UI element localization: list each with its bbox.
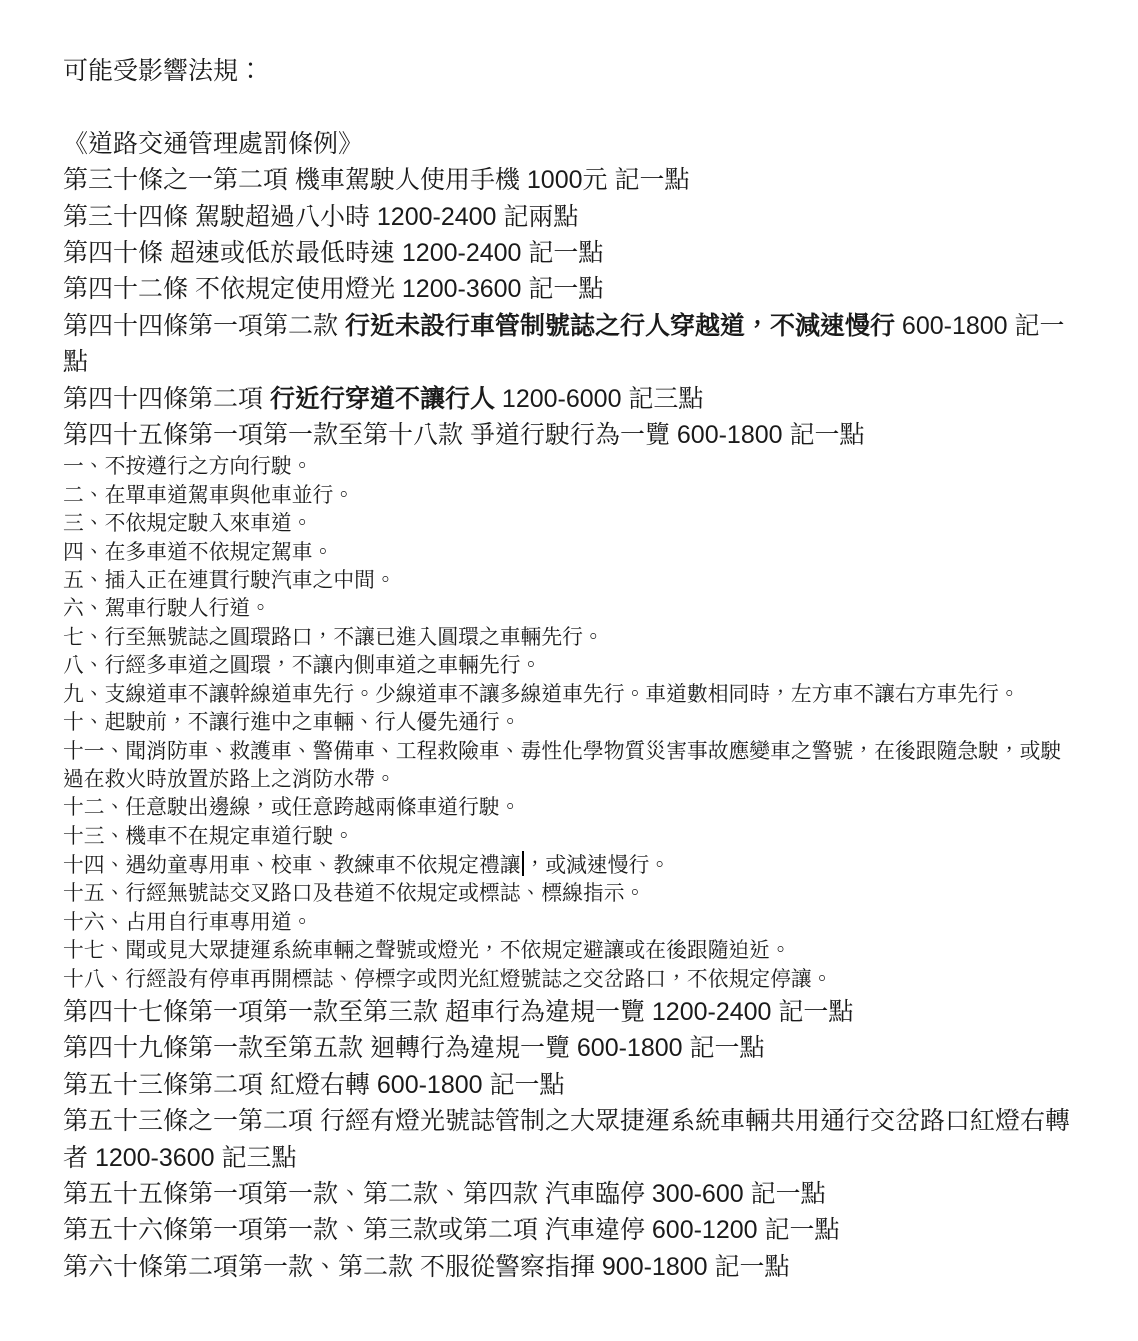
violation-item-14-before-caret: 十四、遇幼童專用車、校車、教練車不依規定禮讓 <box>63 854 521 877</box>
article-suffix: 1200-6000 記三點 <box>495 385 703 413</box>
article-line-53-2: 第五十三條第二項 紅燈右轉 600-1800 記一點 <box>63 1067 1075 1103</box>
article-line-40: 第四十條 超速或低於最低時速 1200-2400 記一點 <box>63 235 1075 271</box>
article-line-60: 第六十條第二項第一款、第二款 不服從警察指揮 900-1800 記一點 <box>63 1249 1075 1285</box>
document-page[interactable]: 可能受影響法規： 《道路交通管理處罰條例》 第三十條之一第二項 機車駕駛人使用手… <box>0 0 1138 1341</box>
violation-item-5: 五、插入正在連貫行駛汽車之中間。 <box>63 567 1075 595</box>
violation-item-10: 十、起駛前，不讓行進中之車輛、行人優先通行。 <box>63 709 1075 737</box>
article-prefix: 第四十四條第一項第二款 <box>63 312 345 340</box>
article-line-45: 第四十五條第一項第一款至第十八款 爭道行駛行為一覽 600-1800 記一點 <box>63 417 1075 453</box>
law-title: 《道路交通管理處罰條例》 <box>63 126 1075 162</box>
violation-item-1: 一、不按遵行之方向行駛。 <box>63 453 1075 481</box>
violation-item-13: 十三、機車不在規定車道行駛。 <box>63 823 1075 851</box>
violation-item-18: 十八、行經設有停車再開標誌、停標字或閃光紅燈號誌之交岔路口，不依規定停讓。 <box>63 966 1075 994</box>
violation-item-15: 十五、行經無號誌交叉路口及巷道不依規定或標誌、標線指示。 <box>63 880 1075 908</box>
violation-item-14: 十四、遇幼童專用車、校車、教練車不依規定禮讓，或減速慢行。 <box>63 851 1075 880</box>
violation-item-6: 六、駕車行駛人行道。 <box>63 595 1075 623</box>
violation-list: 一、不按遵行之方向行駛。 二、在單車道駕車與他車並行。 三、不依規定駛入來車道。… <box>63 453 1075 994</box>
violation-item-8: 八、行經多車道之圓環，不讓內側車道之車輛先行。 <box>63 652 1075 680</box>
violation-item-9: 九、支線道車不讓幹線道車先行。少線道車不讓多線道車先行。車道數相同時，左方車不讓… <box>63 681 1075 709</box>
article-line-47: 第四十七條第一項第一款至第三款 超車行為違規一覽 1200-2400 記一點 <box>63 994 1075 1030</box>
intro-line: 可能受影響法規： <box>63 53 1075 89</box>
article-bold-segment: 行近行穿道不讓行人 <box>270 385 495 413</box>
violation-item-11: 十一、聞消防車、救護車、警備車、工程救險車、毒性化學物質災害事故應變車之警號，在… <box>63 738 1075 795</box>
violation-item-3: 三、不依規定駛入來車道。 <box>63 510 1075 538</box>
article-prefix: 第四十四條第二項 <box>63 385 270 413</box>
text-caret <box>522 851 524 876</box>
violation-item-2: 二、在單車道駕車與他車並行。 <box>63 482 1075 510</box>
violation-item-12: 十二、任意駛出邊線，或任意跨越兩條車道行駛。 <box>63 794 1075 822</box>
article-line-55: 第五十五條第一項第一款、第二款、第四款 汽車臨停 300-600 記一點 <box>63 1176 1075 1212</box>
article-line-30-1: 第三十條之一第二項 機車駕駛人使用手機 1000元 記一點 <box>63 162 1075 198</box>
violation-item-16: 十六、占用自行車專用道。 <box>63 909 1075 937</box>
article-line-34: 第三十四條 駕駛超過八小時 1200-2400 記兩點 <box>63 199 1075 235</box>
article-line-49: 第四十九條第一款至第五款 迴轉行為違規一覽 600-1800 記一點 <box>63 1030 1075 1066</box>
violation-item-7: 七、行至無號誌之圓環路口，不讓已進入圓環之車輛先行。 <box>63 624 1075 652</box>
article-line-42: 第四十二條 不依規定使用燈光 1200-3600 記一點 <box>63 271 1075 307</box>
article-line-53-1: 第五十三條之一第二項 行經有燈光號誌管制之大眾捷運系統車輛共用通行交岔路口紅燈右… <box>63 1103 1075 1176</box>
article-line-44-2: 第四十四條第二項 行近行穿道不讓行人 1200-6000 記三點 <box>63 381 1075 417</box>
violation-item-4: 四、在多車道不依規定駕車。 <box>63 539 1075 567</box>
article-bold-segment: 行近未設行車管制號誌之行人穿越道，不減速慢行 <box>345 312 895 340</box>
violation-item-17: 十七、聞或見大眾捷運系統車輛之聲號或燈光，不依規定避讓或在後跟隨迫近。 <box>63 937 1075 965</box>
article-line-56: 第五十六條第一項第一款、第三款或第二項 汽車違停 600-1200 記一點 <box>63 1212 1075 1248</box>
article-line-44-1: 第四十四條第一項第二款 行近未設行車管制號誌之行人穿越道，不減速慢行 600-1… <box>63 308 1075 381</box>
violation-item-14-after-caret: ，或減速慢行。 <box>525 854 671 877</box>
